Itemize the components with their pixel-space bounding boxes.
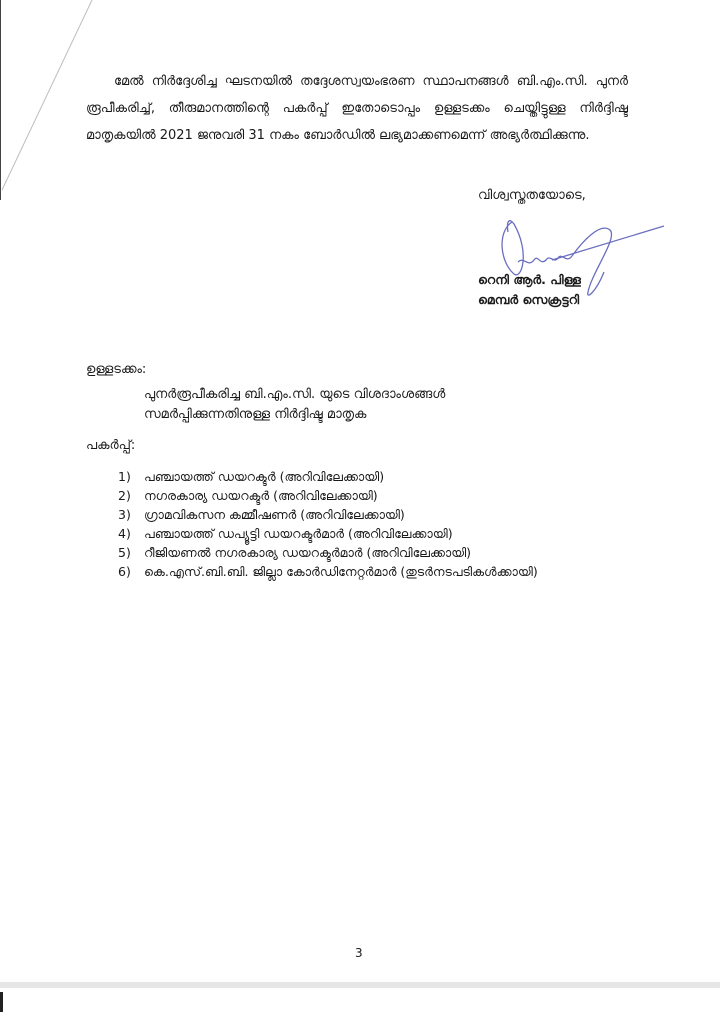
- copy-recipient: നഗരകാര്യ ഡയറക്ടർ (അറിവിലേക്കായി): [144, 486, 378, 505]
- copy-item: 2)നഗരകാര്യ ഡയറക്ടർ (അറിവിലേക്കായി): [118, 486, 538, 505]
- copy-item: 3)ഗ്രാമവികസന കമ്മീഷണർ (അറിവിലേക്കായി): [118, 505, 538, 524]
- enclosure-description: പുനർരൂപീകരിച്ച ബി.എം.സി. യുടെ വിശദാംശങ്ങ…: [144, 385, 445, 425]
- body-paragraph-text: മേൽ നിർദ്ദേശിച്ച ഘടനയിൽ തദ്ദേശസ്വയംഭരണ സ…: [86, 74, 628, 143]
- copy-item: 6)കെ.എസ്.ബി.ബി. ജില്ലാ കോർഡിനേറ്റർമാർ (ത…: [118, 562, 538, 581]
- copy-recipient: ഗ്രാമവികസന കമ്മീഷണർ (അറിവിലേക്കായി): [144, 505, 405, 524]
- copy-item: 5)റീജിയണൽ നഗരകാര്യ ഡയറക്ടർമാർ (അറിവിലേക്…: [118, 543, 538, 562]
- copy-recipient: പഞ്ചായത്ത് ഡയറക്ടർ (അറിവിലേക്കായി): [144, 467, 384, 486]
- copy-number: 3): [118, 505, 144, 524]
- closing-salutation: വിശ്വസ്തതയോടെ,: [478, 188, 586, 203]
- document-page: മേൽ നിർദ്ദേശിച്ച ഘടനയിൽ തദ്ദേശസ്വയംഭരണ സ…: [0, 0, 720, 990]
- copy-number: 4): [118, 524, 144, 543]
- copy-recipient: റീജിയണൽ നഗരകാര്യ ഡയറക്ടർമാർ (അറിവിലേക്കാ…: [144, 543, 471, 562]
- copy-number: 5): [118, 543, 144, 562]
- page-number: 3: [355, 946, 363, 960]
- copy-number: 1): [118, 467, 144, 486]
- signer-title: മെമ്പർ സെക്രട്ടറി: [478, 290, 581, 310]
- signer-name: റെനി ആർ. പിള്ള: [478, 270, 581, 290]
- signer-block: റെനി ആർ. പിള്ള മെമ്പർ സെക്രട്ടറി: [478, 270, 581, 310]
- copy-number: 2): [118, 486, 144, 505]
- copy-number: 6): [118, 562, 144, 581]
- copy-recipient: കെ.എസ്.ബി.ബി. ജില്ലാ കോർഡിനേറ്റർമാർ (തുട…: [144, 562, 538, 581]
- enclosure-line: സമർപ്പിക്കുന്നതിനുള്ള നിർദ്ദിഷ്ട മാതൃക: [144, 405, 445, 425]
- copies-label: പകർപ്പ്:: [86, 438, 135, 453]
- next-page-edge: [0, 982, 720, 1012]
- enclosure-line: പുനർരൂപീകരിച്ച ബി.എം.സി. യുടെ വിശദാംശങ്ങ…: [144, 385, 445, 405]
- enclosure-label: ഉള്ളടക്കം:: [86, 362, 146, 377]
- copies-list: 1)പഞ്ചായത്ത് ഡയറക്ടർ (അറിവിലേക്കായി) 2)ന…: [118, 467, 538, 581]
- copy-item: 4)പഞ്ചായത്ത് ഡപ്യൂട്ടി ഡയറക്ടർമാർ (അറിവി…: [118, 524, 538, 543]
- copy-item: 1)പഞ്ചായത്ത് ഡയറക്ടർ (അറിവിലേക്കായി): [118, 467, 538, 486]
- copy-recipient: പഞ്ചായത്ത് ഡപ്യൂട്ടി ഡയറക്ടർമാർ (അറിവിലേ…: [144, 524, 453, 543]
- body-paragraph: മേൽ നിർദ്ദേശിച്ച ഘടനയിൽ തദ്ദേശസ്വയംഭരണ സ…: [86, 68, 628, 149]
- page-edge-mark: [0, 992, 3, 1012]
